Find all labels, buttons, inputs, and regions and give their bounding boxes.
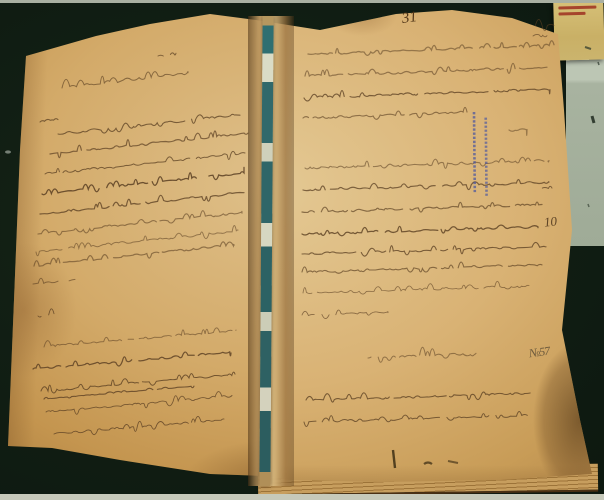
dust-speck (5, 150, 11, 153)
grey-paper-slip (566, 38, 604, 246)
card-red-text-line (558, 6, 596, 10)
spine-binding-tape (259, 16, 273, 486)
card-red-text-line (559, 12, 586, 16)
photo-border-top (0, 0, 604, 3)
manuscript-photograph: 31 10 №57 (0, 0, 604, 500)
photo-border-bottom (0, 494, 604, 500)
archival-label-card (553, 1, 604, 60)
book-spine (248, 16, 294, 486)
